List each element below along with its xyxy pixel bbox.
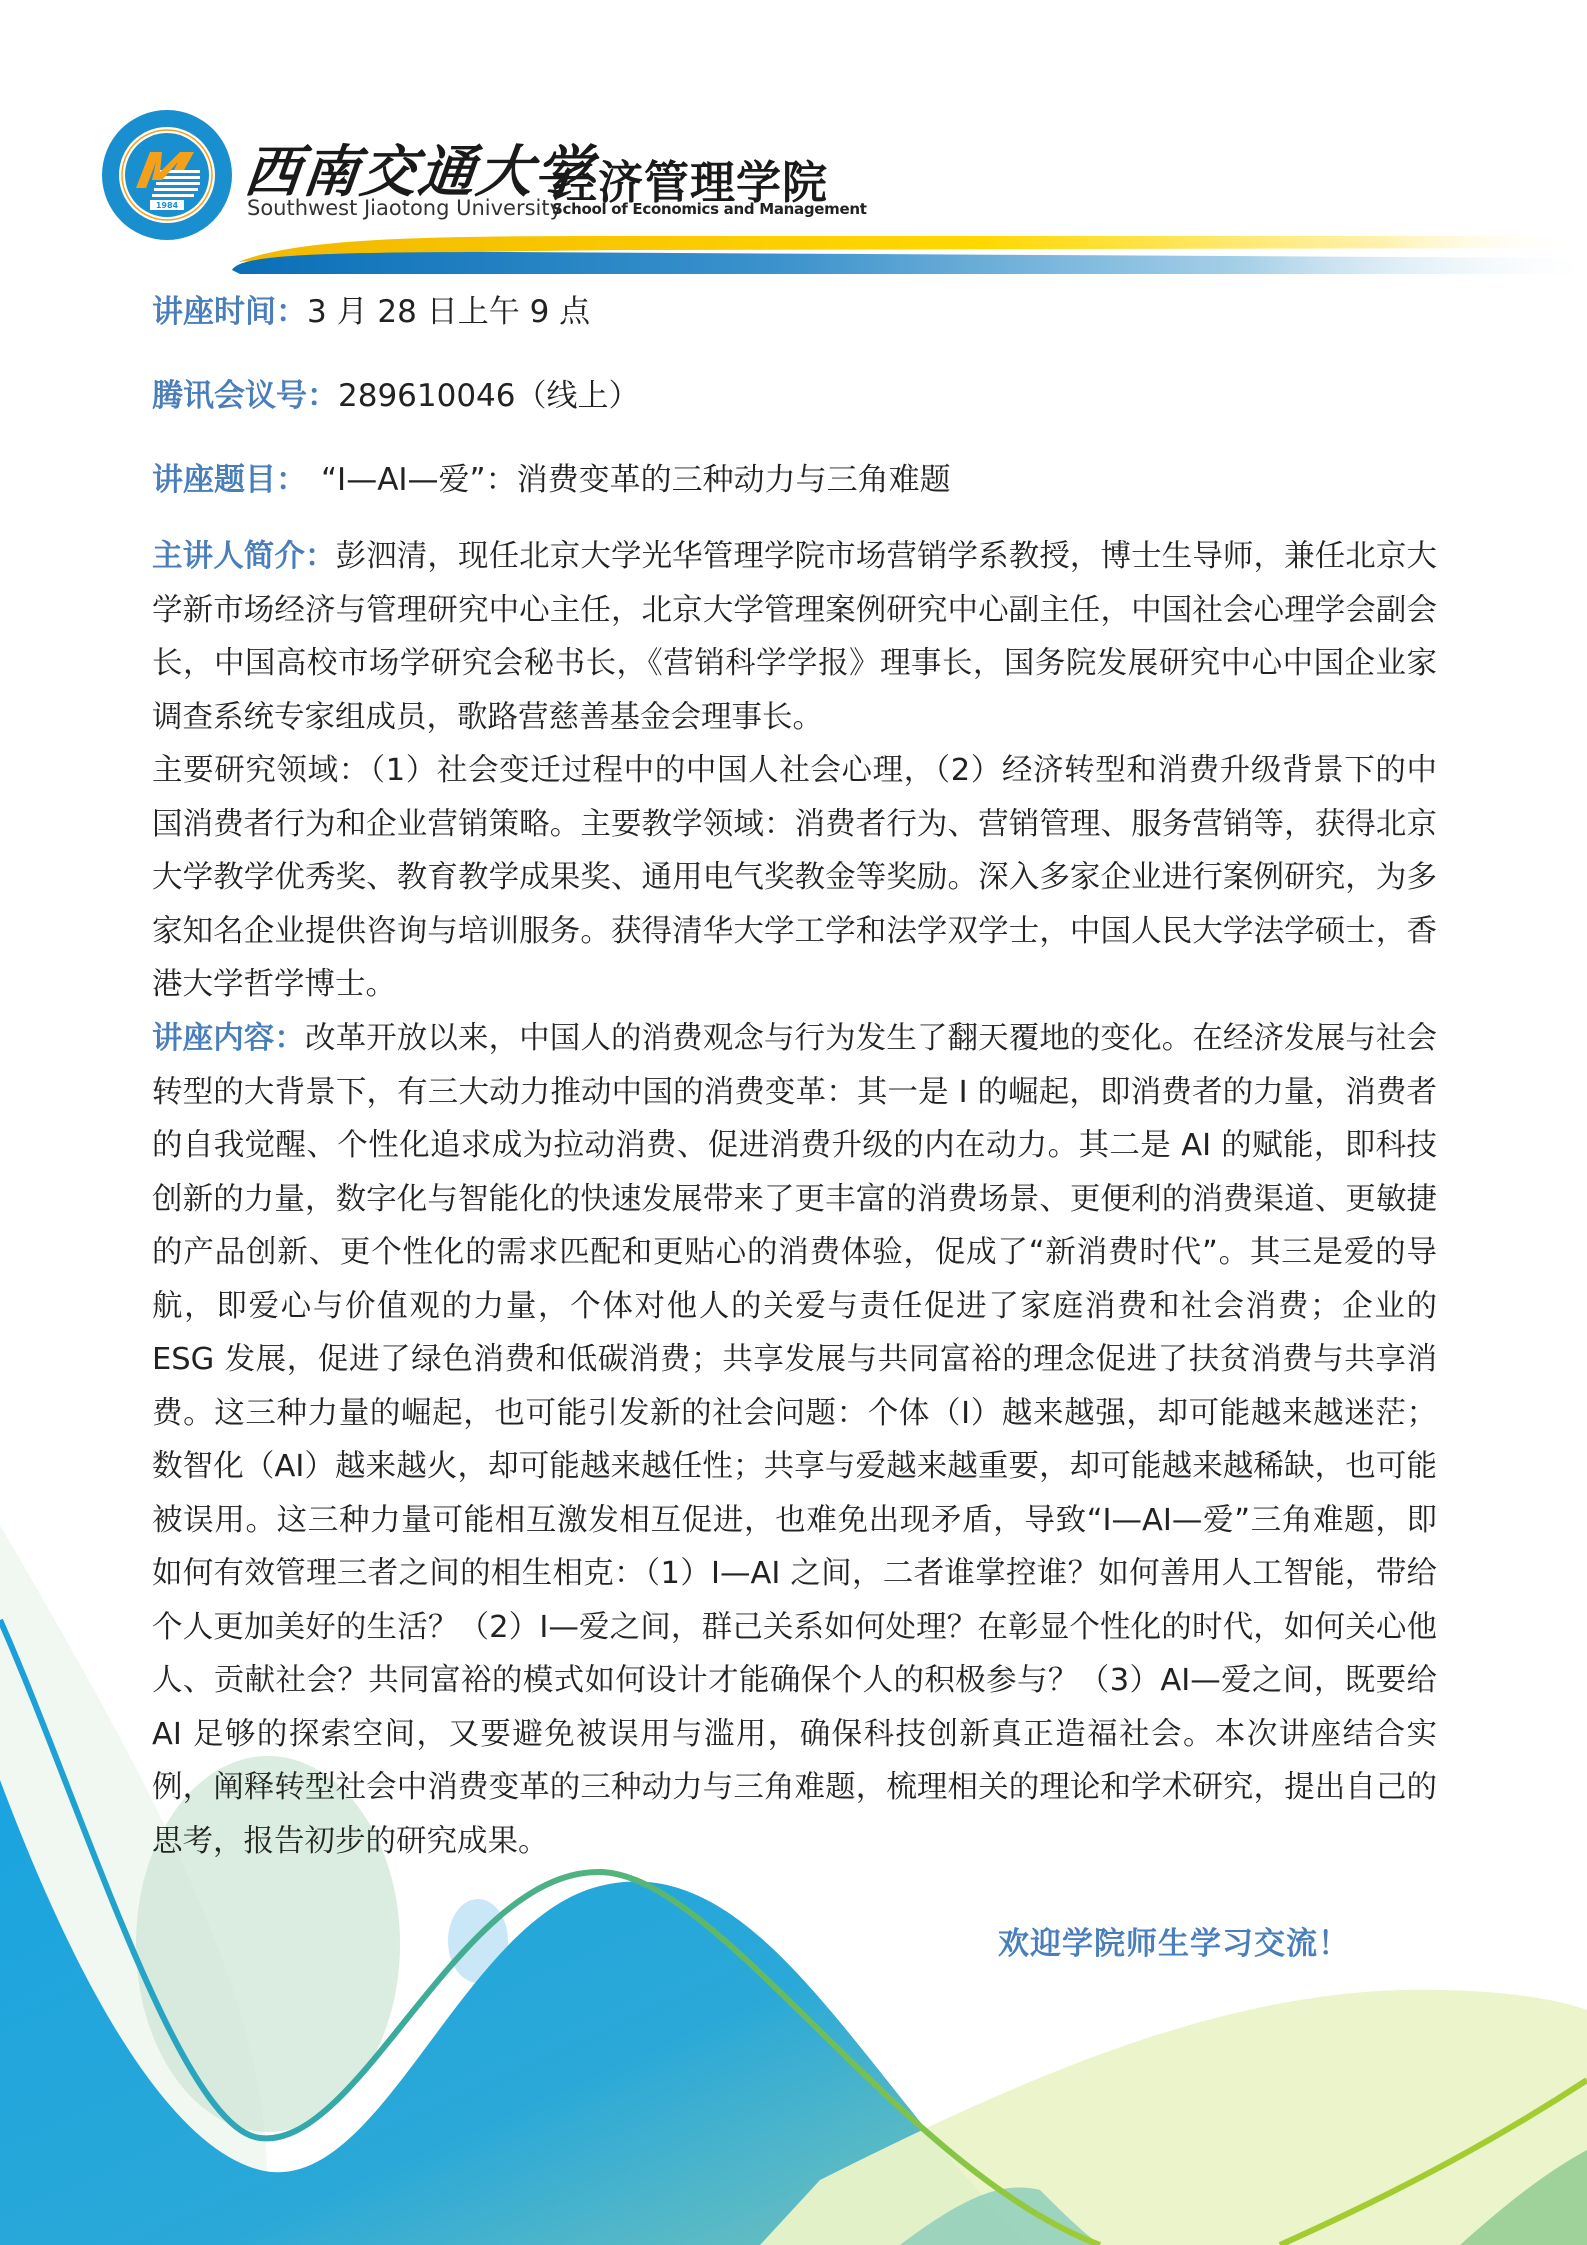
lecture-time-label: 讲座时间：: [152, 294, 307, 330]
research-areas: 主要研究领域：（1）社会变迁过程中的中国人社会心理，（2）经济转型和消费升级背景…: [152, 744, 1437, 1012]
lecture-content-label: 讲座内容：: [152, 1021, 305, 1056]
header: 1984 西南交通大学 Southwest Jiaotong Universit…: [100, 108, 1587, 278]
research-areas-text: 主要研究领域：（1）社会变迁过程中的中国人社会心理，（2）经济转型和消费升级背景…: [152, 753, 1437, 1002]
university-name-en: Southwest Jiaotong University: [247, 196, 562, 220]
lecture-time-value: 3 月 28 日上午 9 点: [307, 294, 590, 330]
speaker-bio: 主讲人简介：彭泗清，现任北京大学光华管理学院市场营销学系教授，博士生导师，兼任北…: [152, 530, 1437, 744]
lecture-title-label: 讲座题目：: [152, 462, 307, 498]
meeting-id-value: 289610046（线上）: [338, 378, 640, 414]
meeting-id-row: 腾讯会议号：289610046（线上）: [152, 374, 640, 418]
school-logo: 1984: [100, 108, 234, 242]
lecture-content-text: 改革开放以来，中国人的消费观念与行为发生了翻天覆地的变化。在经济发展与社会转型的…: [152, 1021, 1437, 1859]
logo-year: 1984: [156, 201, 179, 210]
lecture-title-row: 讲座题目：“I—AI—爱”：消费变革的三种动力与三角难题: [152, 458, 951, 502]
closing-welcome: 欢迎学院师生学习交流！: [998, 1918, 1350, 1963]
school-name-en: School of Economics and Management: [552, 200, 867, 218]
speaker-bio-text: 彭泗清，现任北京大学光华管理学院市场营销学系教授，博士生导师，兼任北京大学新市场…: [152, 539, 1437, 735]
lecture-content: 讲座内容：改革开放以来，中国人的消费观念与行为发生了翻天覆地的变化。在经济发展与…: [152, 1012, 1437, 1868]
lecture-title-value: “I—AI—爱”：消费变革的三种动力与三角难题: [321, 462, 951, 498]
speaker-bio-label: 主讲人简介：: [152, 539, 336, 574]
meeting-id-label: 腾讯会议号：: [152, 378, 338, 414]
lecture-time-row: 讲座时间：3 月 28 日上午 9 点: [152, 290, 590, 334]
